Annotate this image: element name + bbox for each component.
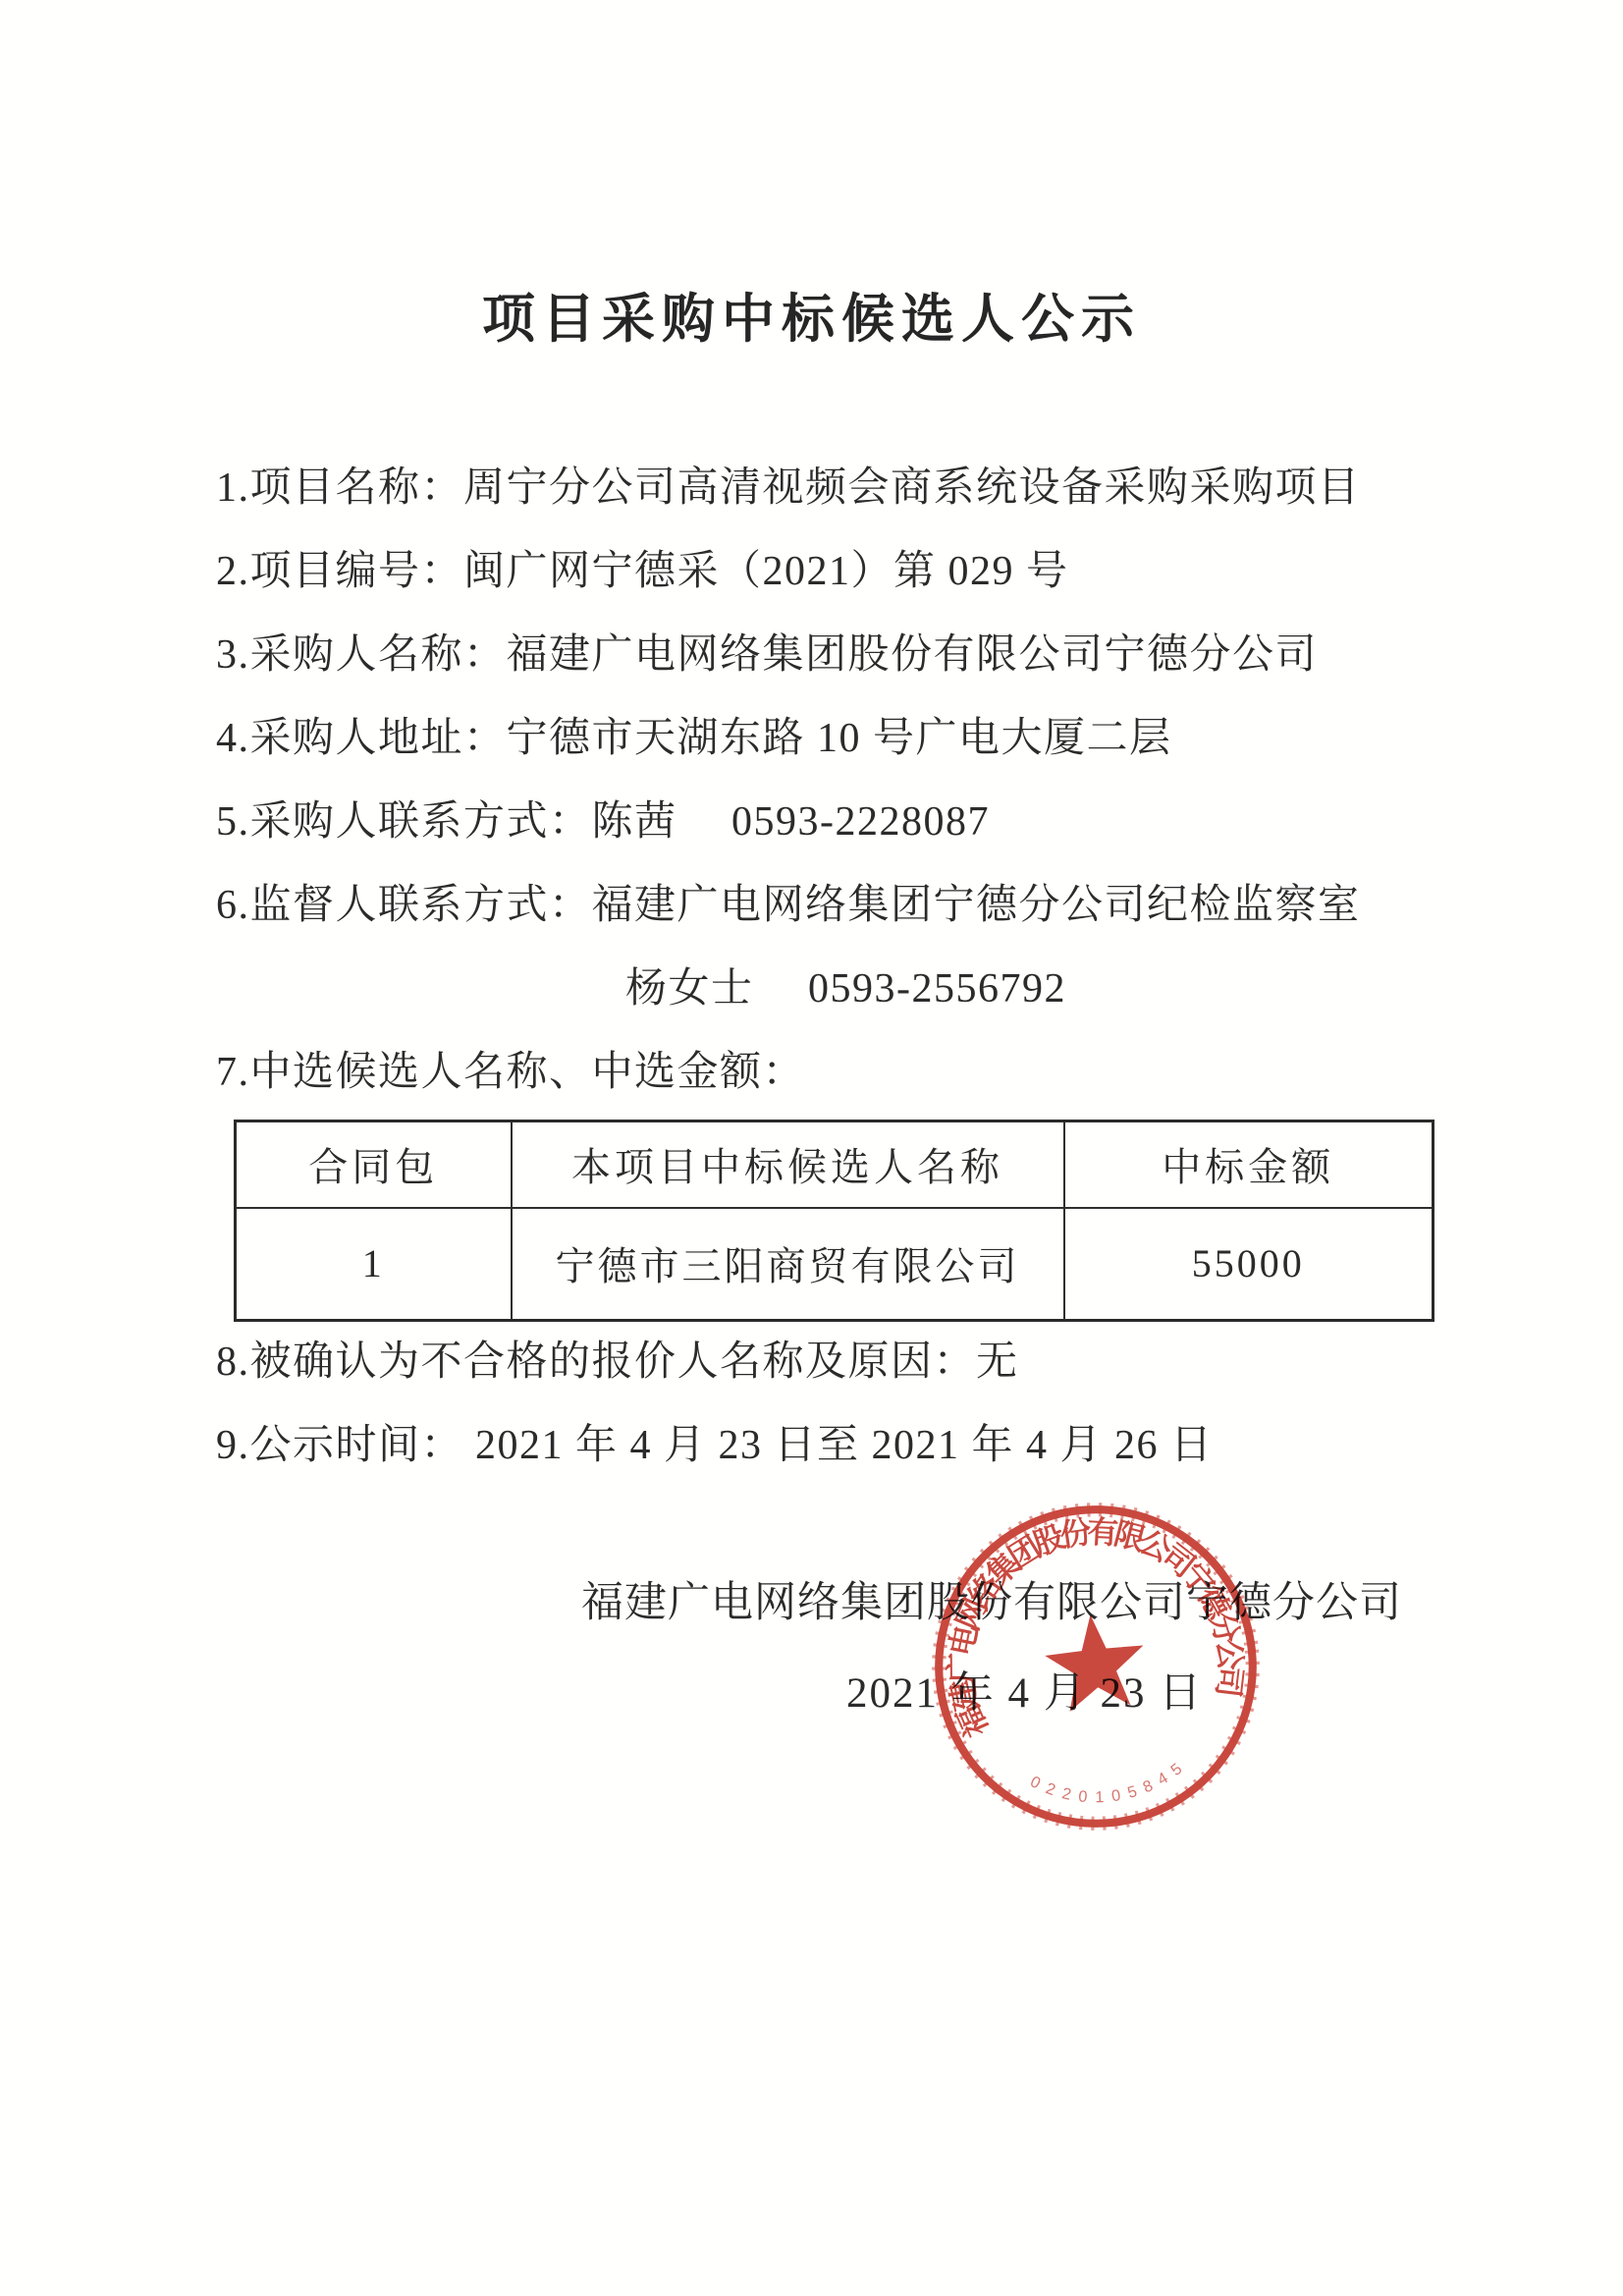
table-header-contract-package: 合同包 (236, 1121, 512, 1208)
cell-contract-package: 1 (236, 1208, 512, 1321)
page-title: 项目采购中标候选人公示 (0, 277, 1623, 353)
line-disqualified-bidders: 8.被确认为不合格的报价人名称及原因：无 (216, 1321, 1505, 1404)
seal-code-text: 0220105845 (1026, 1757, 1188, 1814)
line-project-name: 1.项目名称：周宁分公司高清视频会商系统设备采购采购项目 (216, 447, 1505, 530)
line-project-number: 2.项目编号：闽广网宁德采（2021）第 029 号 (216, 530, 1505, 614)
line-supervisor-contact-continued: 杨女士 0593-2556792 (216, 948, 1505, 1031)
signature-date: 2021 年 4 月 23 日 (846, 1660, 1203, 1720)
signature-company: 福建广电网络集团股份有限公司宁德分公司 (581, 1569, 1402, 1629)
line-candidates-heading: 7.中选候选人名称、中选金额： (216, 1031, 1505, 1115)
table-header-row: 合同包 本项目中标候选人名称 中标金额 (236, 1121, 1434, 1208)
document-page: 项目采购中标候选人公示 1.项目名称：周宁分公司高清视频会商系统设备采购采购项目… (0, 0, 1623, 2296)
line-publicity-period: 9.公示时间： 2021 年 4 月 23 日至 2021 年 4 月 26 日 (216, 1404, 1505, 1488)
cell-candidate-name: 宁德市三阳商贸有限公司 (512, 1208, 1064, 1321)
cell-award-amount: 55000 (1064, 1208, 1434, 1321)
award-table: 合同包 本项目中标候选人名称 中标金额 1 宁德市三阳商贸有限公司 55000 (234, 1120, 1434, 1322)
table-row: 1 宁德市三阳商贸有限公司 55000 (236, 1208, 1434, 1321)
svg-text:0220105845: 0220105845 (1026, 1757, 1188, 1814)
line-supervisor-contact: 6.监督人联系方式：福建广电网络集团宁德分公司纪检监察室 (216, 864, 1505, 948)
line-purchaser-address: 4.采购人地址：宁德市天湖东路 10 号广电大厦二层 (216, 697, 1505, 781)
closing-text: 8.被确认为不合格的报价人名称及原因：无 9.公示时间： 2021 年 4 月 … (216, 1321, 1505, 1488)
line-purchaser-name: 3.采购人名称：福建广电网络集团股份有限公司宁德分公司 (216, 614, 1505, 697)
body-text: 1.项目名称：周宁分公司高清视频会商系统设备采购采购项目 2.项目编号：闽广网宁… (216, 447, 1505, 1115)
line-purchaser-contact: 5.采购人联系方式：陈茜 0593-2228087 (216, 781, 1505, 864)
table-header-award-amount: 中标金额 (1064, 1121, 1434, 1208)
table-header-candidate-name: 本项目中标候选人名称 (512, 1121, 1064, 1208)
